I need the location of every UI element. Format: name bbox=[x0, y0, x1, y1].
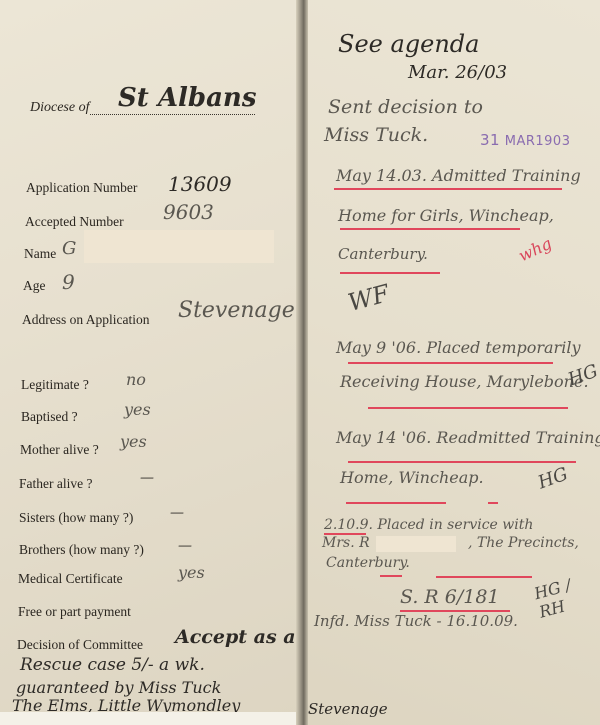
sisters-value: — bbox=[170, 505, 184, 521]
payment-label: Free or part payment bbox=[18, 604, 131, 620]
entry-3-initials: HG bbox=[535, 463, 570, 493]
diocese-dotted-line bbox=[90, 114, 255, 115]
entry-3-line-2: Home, Wincheap. bbox=[340, 468, 484, 487]
application-number-value: 13609 bbox=[168, 172, 232, 196]
page-bottom-edge bbox=[0, 712, 300, 725]
name-redaction bbox=[84, 230, 274, 263]
medical-certificate-value: yes bbox=[178, 563, 205, 582]
name-label: Name bbox=[24, 246, 56, 262]
entry-4-line-2b: , The Precincts, bbox=[468, 535, 579, 551]
red-underline bbox=[340, 228, 520, 230]
accepted-number-value: 9603 bbox=[163, 200, 214, 224]
tenant-redaction bbox=[376, 536, 456, 552]
stamp-day: 31 bbox=[480, 131, 500, 149]
red-underline bbox=[334, 188, 562, 190]
entry-1-line-2: Home for Girls, Wincheap, bbox=[338, 206, 554, 225]
application-number-label: Application Number bbox=[26, 180, 137, 196]
entry-1-line-1: May 14.03. Admitted Training bbox=[336, 166, 581, 185]
sent-decision-line-2: Miss Tuck. bbox=[324, 124, 428, 146]
diocese-value: St Albans bbox=[118, 83, 256, 113]
medical-certificate-label: Medical Certificate bbox=[18, 571, 123, 587]
red-underline bbox=[436, 576, 532, 578]
age-value: 9 bbox=[62, 270, 75, 294]
decision-label: Decision of Committee bbox=[17, 637, 143, 653]
entry-4-initials: HG / RH bbox=[532, 568, 600, 621]
entry-4-line-3: Canterbury. bbox=[326, 555, 410, 571]
sisters-label: Sisters (how many ?) bbox=[19, 510, 133, 526]
mother-alive-value: yes bbox=[120, 432, 147, 451]
legitimate-label: Legitimate ? bbox=[21, 377, 89, 393]
red-underline bbox=[346, 502, 446, 504]
age-label: Age bbox=[23, 278, 46, 294]
red-underline bbox=[348, 461, 576, 463]
date-stamp: 31 MAR1903 bbox=[480, 131, 570, 149]
red-underline bbox=[348, 362, 553, 364]
legitimate-value: no bbox=[126, 370, 146, 389]
entry-2-line-2: Receiving House, Marylebone. bbox=[340, 372, 589, 391]
entry-2-line-1: May 9 '06. Placed temporarily bbox=[336, 338, 580, 357]
name-value: G bbox=[62, 238, 76, 259]
stamp-month-year: MAR1903 bbox=[505, 134, 571, 149]
entry-2-initials: HG bbox=[565, 360, 600, 390]
form-page: Diocese of St Albans Application Number … bbox=[0, 0, 300, 725]
red-underline bbox=[368, 407, 568, 409]
entry-3-line-1: May 14 '06. Readmitted Training bbox=[336, 428, 600, 447]
address-value: Stevenage bbox=[178, 298, 295, 323]
brothers-label: Brothers (how many ?) bbox=[19, 542, 144, 558]
entry-4-reference: S. R 6/181 bbox=[400, 586, 500, 608]
decision-value: Accept as a bbox=[175, 626, 296, 648]
entry-4-line-2: Mrs. R bbox=[322, 535, 370, 551]
entry-1-initials: WF bbox=[345, 279, 392, 317]
father-alive-label: Father alive ? bbox=[19, 476, 92, 492]
mother-alive-label: Mother alive ? bbox=[20, 442, 99, 458]
red-underline bbox=[340, 272, 440, 274]
agenda-date: Mar. 26/03 bbox=[408, 62, 507, 83]
red-underline bbox=[488, 502, 498, 504]
entry-1-red-initials: whg bbox=[516, 234, 555, 266]
decision-line-2: Rescue case 5/- a wk. bbox=[20, 655, 205, 675]
entry-1-line-3: Canterbury. bbox=[338, 245, 428, 263]
red-underline bbox=[380, 575, 402, 577]
decision-line-3: guaranteed by Miss Tuck bbox=[16, 678, 221, 697]
accepted-number-label: Accepted Number bbox=[25, 214, 124, 230]
see-agenda-note: See agenda bbox=[338, 30, 479, 58]
notes-page: See agenda Mar. 26/03 Sent decision to M… bbox=[308, 0, 600, 725]
sent-decision-line-1: Sent decision to bbox=[328, 96, 483, 118]
brothers-value: — bbox=[178, 538, 192, 554]
info-line: Infd. Miss Tuck - 16.10.09. bbox=[314, 612, 518, 630]
father-alive-value: — bbox=[140, 470, 154, 486]
address-label: Address on Application bbox=[22, 312, 150, 328]
diocese-label: Diocese of bbox=[30, 100, 89, 116]
baptised-label: Baptised ? bbox=[21, 409, 78, 425]
entry-4-line-1: 2.10.9. Placed in service with bbox=[324, 517, 533, 533]
baptised-value: yes bbox=[124, 400, 151, 419]
decision-line-5: Stevenage bbox=[308, 700, 388, 718]
